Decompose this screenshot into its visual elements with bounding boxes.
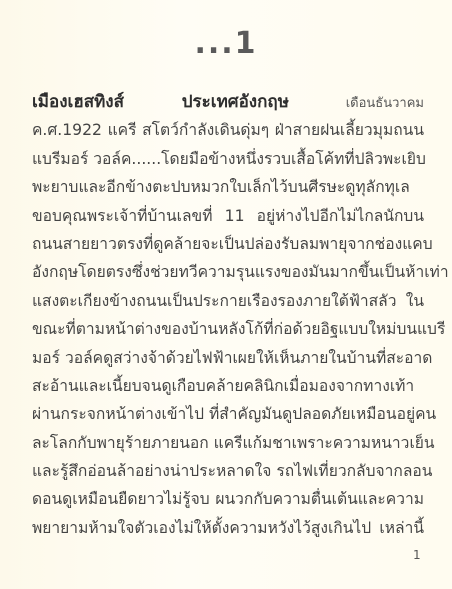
text-line: ดอนดูเหมือนยืดยาวไม่รู้จบ ผนวกกับความตื่… (32, 485, 424, 513)
chapter-heading: ...1 (0, 26, 452, 61)
text-line: และรู้สึกอ่อนล้าอย่างน่าประหลาดใจ รถไฟเท… (32, 457, 424, 485)
text-line: อังกฤษโดยตรงซึ่งช่วยทวีความรุนแรงของมันม… (32, 258, 424, 286)
text-line: มอร์ วอล์คดูสว่างจ้าด้วยไฟฟ้าเผยให้เห็นภ… (32, 344, 424, 372)
text-line: แสงตะเกียงข้างถนนเป็นประกายเรืองรองภายใต… (32, 287, 424, 315)
text-line: ขอบคุณพระเจ้าที่บ้านเลขที่ 11 อยู่ห่างไป… (32, 202, 424, 230)
paragraph-lead-line: เมืองเฮสทิงส์ ประเทศอังกฤษ เดือนธันวาคม (32, 88, 424, 116)
text-line: แบรีมอร์ วอล์ค......โดยมือข้างหนึ่งรวบเส… (32, 145, 424, 173)
text-line: พยายามห้ามใจตัวเองไม่ให้ตั้งความหวังไว้ส… (32, 514, 424, 542)
text-line: ขณะที่ตามหน้าต่างของบ้านหลังโก้ที่ก่อด้ว… (32, 315, 424, 343)
book-page: ...1 เมืองเฮสทิงส์ ประเทศอังกฤษ เดือนธัน… (0, 0, 452, 589)
text-line: ค.ศ.1922 แครี สโตว์กำลังเดินดุ่มๆ ฝ่าสาย… (32, 116, 424, 144)
text-line: ถนนสายยาวตรงที่ดูคล้ายจะเป็นปล่องรับลมพา… (32, 230, 424, 258)
text-line: สะอ้านและเนี้ยบจนดูเกือบคล้ายคลินิกเมื่อ… (32, 372, 424, 400)
page-number: 1 (413, 548, 421, 562)
body-paragraph: เมืองเฮสทิงส์ ประเทศอังกฤษ เดือนธันวาคม … (32, 88, 424, 542)
lead-date: เดือนธันวาคม (346, 96, 424, 111)
text-line: ละโลกกับพายุร้ายภายนอก แครีแก้มชาเพราะคว… (32, 429, 424, 457)
lead-location: เมืองเฮสทิงส์ ประเทศอังกฤษ (32, 92, 289, 112)
text-line: ผ่านกระจกหน้าต่างเข้าไป ที่สำคัญมันดูปลอ… (32, 400, 424, 428)
text-line: พะยาบและอีกข้างตะปบหมวกใบเล็กไว้บนศีรษะด… (32, 173, 424, 201)
